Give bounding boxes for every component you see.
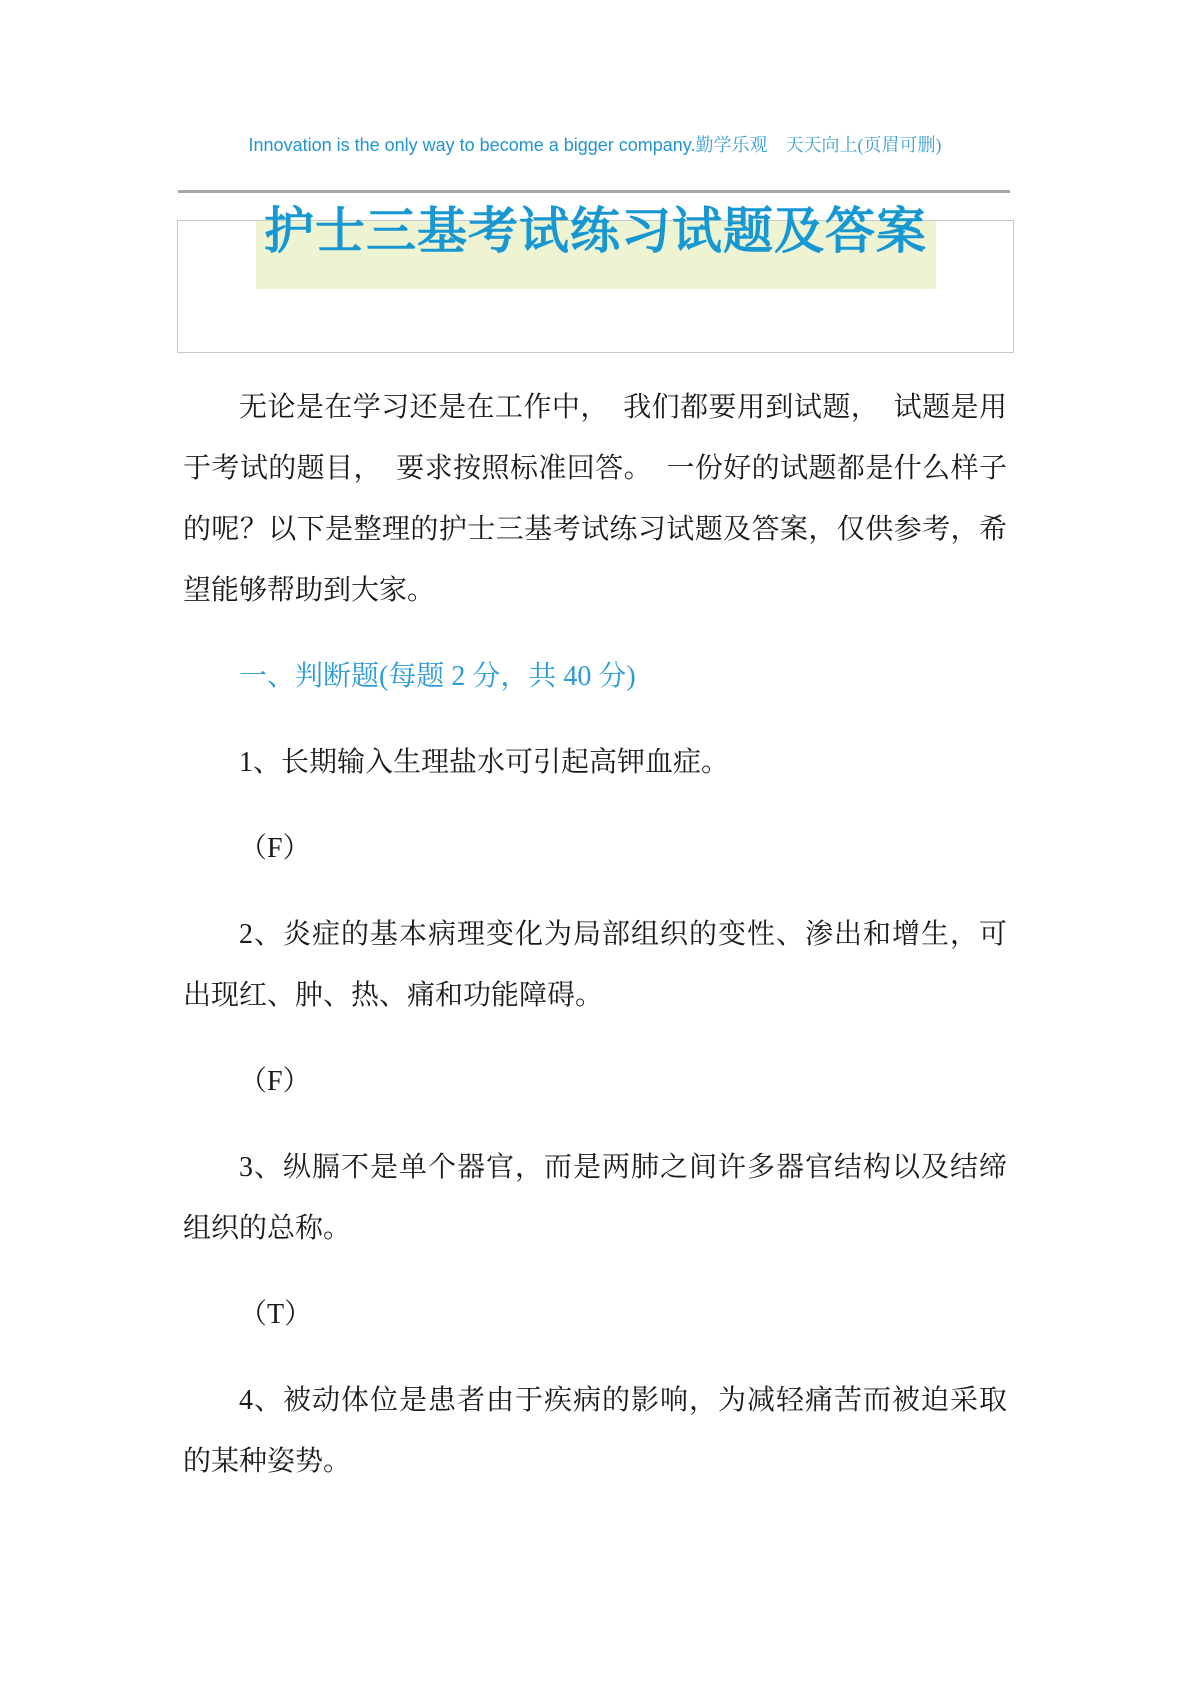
title-frame-box: 护士三基考试练习试题及答案 bbox=[177, 220, 1014, 353]
header-text-english: Innovation is the only way to become a b… bbox=[249, 135, 696, 155]
document-body: 无论是在学习还是在工作中， 我们都要用到试题， 试题是用于考试的题目， 要求按照… bbox=[183, 377, 1007, 1492]
question-2-text: 2、炎症的基本病理变化为局部组织的变性、渗出和增生，可出现红、肿、热、痛和功能障… bbox=[183, 904, 1007, 1026]
question-3-answer: （T） bbox=[183, 1284, 1007, 1345]
question-4-text: 4、被动体位是患者由于疾病的影响，为减轻痛苦而被迫采取的某种姿势。 bbox=[183, 1370, 1007, 1492]
question-1-answer: （F） bbox=[183, 818, 1007, 879]
page-title: 护士三基考试练习试题及答案 bbox=[264, 206, 927, 256]
question-2-answer: （F） bbox=[183, 1051, 1007, 1112]
intro-paragraph: 无论是在学习还是在工作中， 我们都要用到试题， 试题是用于考试的题目， 要求按照… bbox=[183, 377, 1007, 621]
title-highlight: 护士三基考试练习试题及答案 bbox=[256, 221, 936, 289]
question-3-text: 3、纵膈不是单个器官，而是两肺之间许多器官结构以及结缔组织的总称。 bbox=[183, 1137, 1007, 1259]
header-divider-line bbox=[178, 190, 1010, 193]
document-page: Innovation is the only way to become a b… bbox=[0, 0, 1190, 1683]
page-header: Innovation is the only way to become a b… bbox=[0, 0, 1190, 158]
question-1-text: 1、长期输入生理盐水可引起高钾血症。 bbox=[183, 732, 1007, 793]
section-heading-true-false: 一、判断题(每题 2 分，共 40 分) bbox=[183, 646, 1007, 707]
header-text-chinese: 勤学乐观 天天向上(页眉可删) bbox=[695, 135, 941, 155]
